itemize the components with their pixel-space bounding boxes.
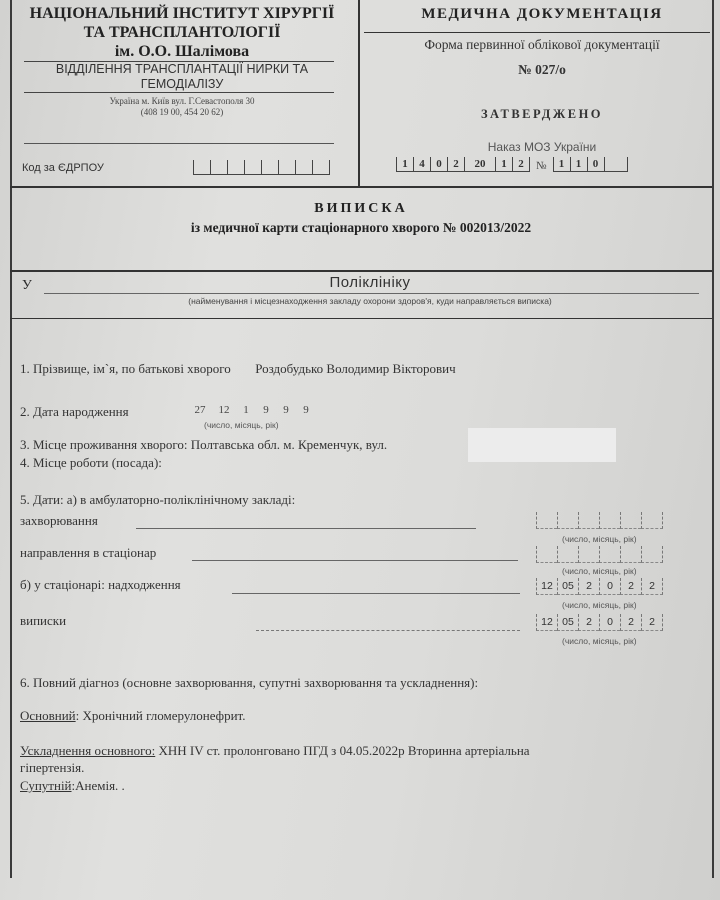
admission-date-cells: 12052022 xyxy=(536,578,663,595)
department-line-2: ГЕМОДІАЛІЗУ xyxy=(14,77,350,92)
admission-date-cell-4: 0 xyxy=(599,578,620,595)
referral-date-cell-3 xyxy=(578,546,599,563)
institute-line-1: НАЦІОНАЛЬНИЙ ІНСТИТУТ ХІРУРГІЇ xyxy=(14,4,350,23)
header-bottom-rule xyxy=(10,186,712,188)
order-date-cell-2: 4 xyxy=(413,157,430,172)
complication-label: Ускладнення основного: xyxy=(20,743,155,758)
form-number: № 027/о xyxy=(364,62,720,78)
discharge-date-cell-1: 12 xyxy=(536,614,557,631)
order-number-cell-3: 0 xyxy=(587,157,604,172)
admission-date-underline xyxy=(232,593,520,594)
edrpou-cell-3 xyxy=(227,160,244,175)
document-title: ВИПИСКА xyxy=(12,201,710,217)
document-subtitle: із медичної карти стаціонарного хворого … xyxy=(12,220,710,236)
complication-value: ХНН IV ст. пролонговано ПГД з 04.05.2022… xyxy=(155,743,529,758)
address-line: Україна м. Київ вул. Г.Севастополя 30 xyxy=(14,96,350,107)
birth-date-digit: 12 xyxy=(212,404,236,416)
order-number-cell-4 xyxy=(604,157,628,172)
birth-date-value: 27121999 xyxy=(188,404,316,416)
order-date-cell-4: 2 xyxy=(447,157,464,172)
dates-section-label: 5. Дати: а) в амбулаторно-поліклінічному… xyxy=(20,492,295,508)
addressee-hint: (найменування і місцезнаходження закладу… xyxy=(40,296,700,306)
addressee-value: Поліклініку xyxy=(40,274,700,291)
birth-date-digit: 9 xyxy=(276,404,296,416)
approved-label: ЗАТВЕРДЖЕНО xyxy=(364,107,720,122)
phones-line: (408 19 00, 454 20 62) xyxy=(14,107,350,118)
discharge-date-hint: (число, місяць, рік) xyxy=(562,636,637,646)
patient-name-label: 1. Прізвище, ім`я, по батькові хворого xyxy=(20,361,231,376)
illness-date-cells xyxy=(536,512,663,529)
referral-date-hint: (число, місяць, рік) xyxy=(562,566,637,576)
admission-date-hint: (число, місяць, рік) xyxy=(562,600,637,610)
referral-date-cell-2 xyxy=(557,546,578,563)
birth-date-digit: 1 xyxy=(236,404,256,416)
addressee-prefix: У xyxy=(22,278,32,294)
illness-date-underline xyxy=(136,528,476,529)
concomitant-label: Супутній xyxy=(20,778,72,793)
illness-date-hint: (число, місяць, рік) xyxy=(562,534,637,544)
edrpou-cell-8 xyxy=(312,160,330,175)
referral-date-label: направлення в стаціонар xyxy=(20,545,156,561)
referral-date-cell-1 xyxy=(536,546,557,563)
residence-value: Полтавська обл. м. Кременчук, вул. xyxy=(191,437,387,452)
referral-date-cell-4 xyxy=(599,546,620,563)
discharge-date-cells: 12052022 xyxy=(536,614,663,631)
order-number-cell-1: 1 xyxy=(553,157,570,172)
header-divider xyxy=(358,0,360,188)
institute-line-2: ТА ТРАНСПЛАНТОЛОГІЇ xyxy=(14,23,350,42)
edrpou-code-cells xyxy=(193,160,330,175)
birth-date-digit: 9 xyxy=(296,404,316,416)
edrpou-cell-2 xyxy=(210,160,227,175)
birth-date-label: 2. Дата народження xyxy=(20,404,129,420)
illness-date-cell-1 xyxy=(536,512,557,529)
discharge-date-cell-5: 2 xyxy=(620,614,641,631)
discharge-date-cell-4: 0 xyxy=(599,614,620,631)
discharge-date-cell-2: 05 xyxy=(557,614,578,631)
edrpou-cell-4 xyxy=(244,160,261,175)
referral-date-cell-6 xyxy=(641,546,663,563)
document-page: НАЦІОНАЛЬНИЙ ІНСТИТУТ ХІРУРГІЇ ТА ТРАНСП… xyxy=(0,0,720,900)
referral-date-cell-5 xyxy=(620,546,641,563)
order-date-cell-5: 20 xyxy=(464,157,495,172)
admission-date-cell-5: 2 xyxy=(620,578,641,595)
order-number-label: № xyxy=(536,160,547,172)
order-date-cell-7: 2 xyxy=(512,157,530,172)
main-diagnosis-value: : Хронічний гломерулонефрит. xyxy=(76,708,246,723)
admission-date-cell-6: 2 xyxy=(641,578,663,595)
illness-date-cell-2 xyxy=(557,512,578,529)
medical-documentation-title: МЕДИЧНА ДОКУМЕНТАЦІЯ xyxy=(364,6,720,23)
form-type-label: Форма первинної облікової документації xyxy=(364,37,720,53)
illness-date-label: захворювання xyxy=(20,513,98,529)
illness-date-cell-6 xyxy=(641,512,663,529)
institute-line-3: ім. О.О. Шалімова xyxy=(14,42,350,61)
discharge-date-underline xyxy=(256,630,520,631)
department-name: ВІДДІЛЕННЯ ТРАНСПЛАНТАЦІЇ НИРКИ ТА ГЕМОД… xyxy=(14,62,350,92)
discharge-date-cell-3: 2 xyxy=(578,614,599,631)
blank-rule xyxy=(24,143,334,144)
institute-name: НАЦІОНАЛЬНИЙ ІНСТИТУТ ХІРУРГІЇ ТА ТРАНСП… xyxy=(14,4,350,61)
edrpou-label: Код за ЄДРПОУ xyxy=(22,162,104,174)
complication-value-continued: гіпертензія. xyxy=(20,760,84,776)
birth-date-digit: 9 xyxy=(256,404,276,416)
edrpou-cell-5 xyxy=(261,160,278,175)
order-date-cell-1: 1 xyxy=(396,157,413,172)
illness-date-cell-5 xyxy=(620,512,641,529)
admission-date-cell-3: 2 xyxy=(578,578,599,595)
addressee-underline xyxy=(44,293,699,294)
illness-date-cell-4 xyxy=(599,512,620,529)
redacted-address-block xyxy=(468,428,616,462)
order-date-cell-3: 0 xyxy=(430,157,447,172)
med-doc-rule xyxy=(364,32,710,33)
institute-address: Україна м. Київ вул. Г.Севастополя 30 (4… xyxy=(14,96,350,118)
order-cells-row: 14022012 № 110 xyxy=(396,157,628,172)
admission-date-label: б) у стаціонарі: надходження xyxy=(20,577,181,593)
department-rule xyxy=(24,92,334,93)
birth-date-hint: (число, місяць, рік) xyxy=(204,420,279,430)
illness-date-cell-3 xyxy=(578,512,599,529)
concomitant-row: Супутній:Анемія. . xyxy=(20,778,125,794)
birth-date-digit: 27 xyxy=(188,404,212,416)
residence-row: 3. Місце проживання хворого: Полтавська … xyxy=(20,437,387,453)
admission-date-cell-2: 05 xyxy=(557,578,578,595)
workplace-row: 4. Місце роботи (посада): xyxy=(20,455,162,471)
department-line-1: ВІДДІЛЕННЯ ТРАНСПЛАНТАЦІЇ НИРКИ ТА xyxy=(14,62,350,77)
edrpou-cell-7 xyxy=(295,160,312,175)
edrpou-cell-1 xyxy=(193,160,210,175)
diagnosis-label: 6. Повний діагноз (основне захворювання,… xyxy=(20,675,478,691)
workplace-label: 4. Місце роботи (посада): xyxy=(20,455,162,470)
order-date-cells: 14022012 xyxy=(396,157,530,172)
discharge-date-cell-6: 2 xyxy=(641,614,663,631)
patient-name-value: Роздобудько Володимир Вікторович xyxy=(255,361,455,376)
main-diagnosis-label: Основний xyxy=(20,708,76,723)
order-date-cell-6: 1 xyxy=(495,157,512,172)
residence-label: 3. Місце проживання хворого: xyxy=(20,437,188,452)
order-number-cell-2: 1 xyxy=(570,157,587,172)
order-number-cells: 110 xyxy=(553,157,628,172)
admission-date-cell-1: 12 xyxy=(536,578,557,595)
edrpou-cell-6 xyxy=(278,160,295,175)
referral-date-cells xyxy=(536,546,663,563)
referral-date-underline xyxy=(192,560,518,561)
discharge-date-label: виписки xyxy=(20,613,66,629)
addressee-bottom-rule xyxy=(10,318,712,319)
concomitant-value: :Анемія. . xyxy=(72,778,125,793)
title-bottom-rule xyxy=(10,270,712,272)
complication-row: Ускладнення основного: ХНН IV ст. пролон… xyxy=(20,743,530,759)
main-diagnosis-row: Основний: Хронічний гломерулонефрит. xyxy=(20,708,245,724)
ministry-order-label: Наказ МОЗ України xyxy=(364,140,720,154)
patient-name-row: 1. Прізвище, ім`я, по батькові хворого Р… xyxy=(20,361,456,377)
